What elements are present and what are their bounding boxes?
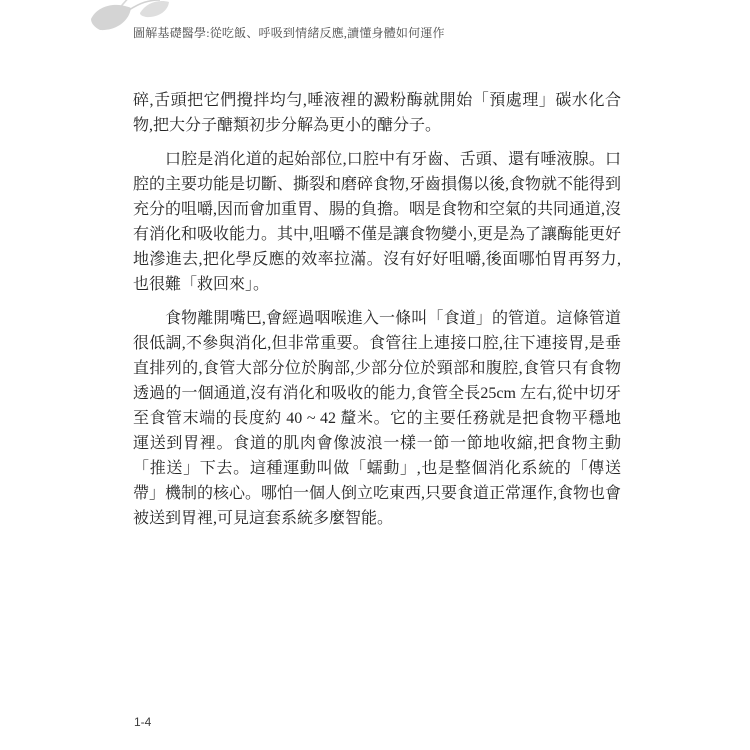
book-page: 圖解基礎醫學:從吃飯、呼吸到情緒反應,讀懂身體如何運作 碎,舌頭把它們攪拌均勻,… [0, 0, 750, 750]
paragraph-oral-cavity: 口腔是消化道的起始部位,口腔中有牙齒、舌頭、還有唾液腺。口腔的主要功能是切斷、撕… [133, 147, 621, 297]
body-text: 碎,舌頭把它們攪拌均勻,唾液裡的澱粉酶就開始「預處理」碳水化合物,把大分子醣類初… [133, 88, 621, 531]
page-number: 1-4 [134, 715, 151, 729]
paragraph-esophagus: 食物離開嘴巴,會經過咽喉進入一條叫「食道」的管道。這條管道很低調,不參與消化,但… [133, 306, 621, 531]
paragraph-continuation: 碎,舌頭把它們攪拌均勻,唾液裡的澱粉酶就開始「預處理」碳水化合物,把大分子醣類初… [133, 88, 621, 138]
running-head-title: 圖解基礎醫學:從吃飯、呼吸到情緒反應,讀懂身體如何運作 [133, 25, 445, 41]
